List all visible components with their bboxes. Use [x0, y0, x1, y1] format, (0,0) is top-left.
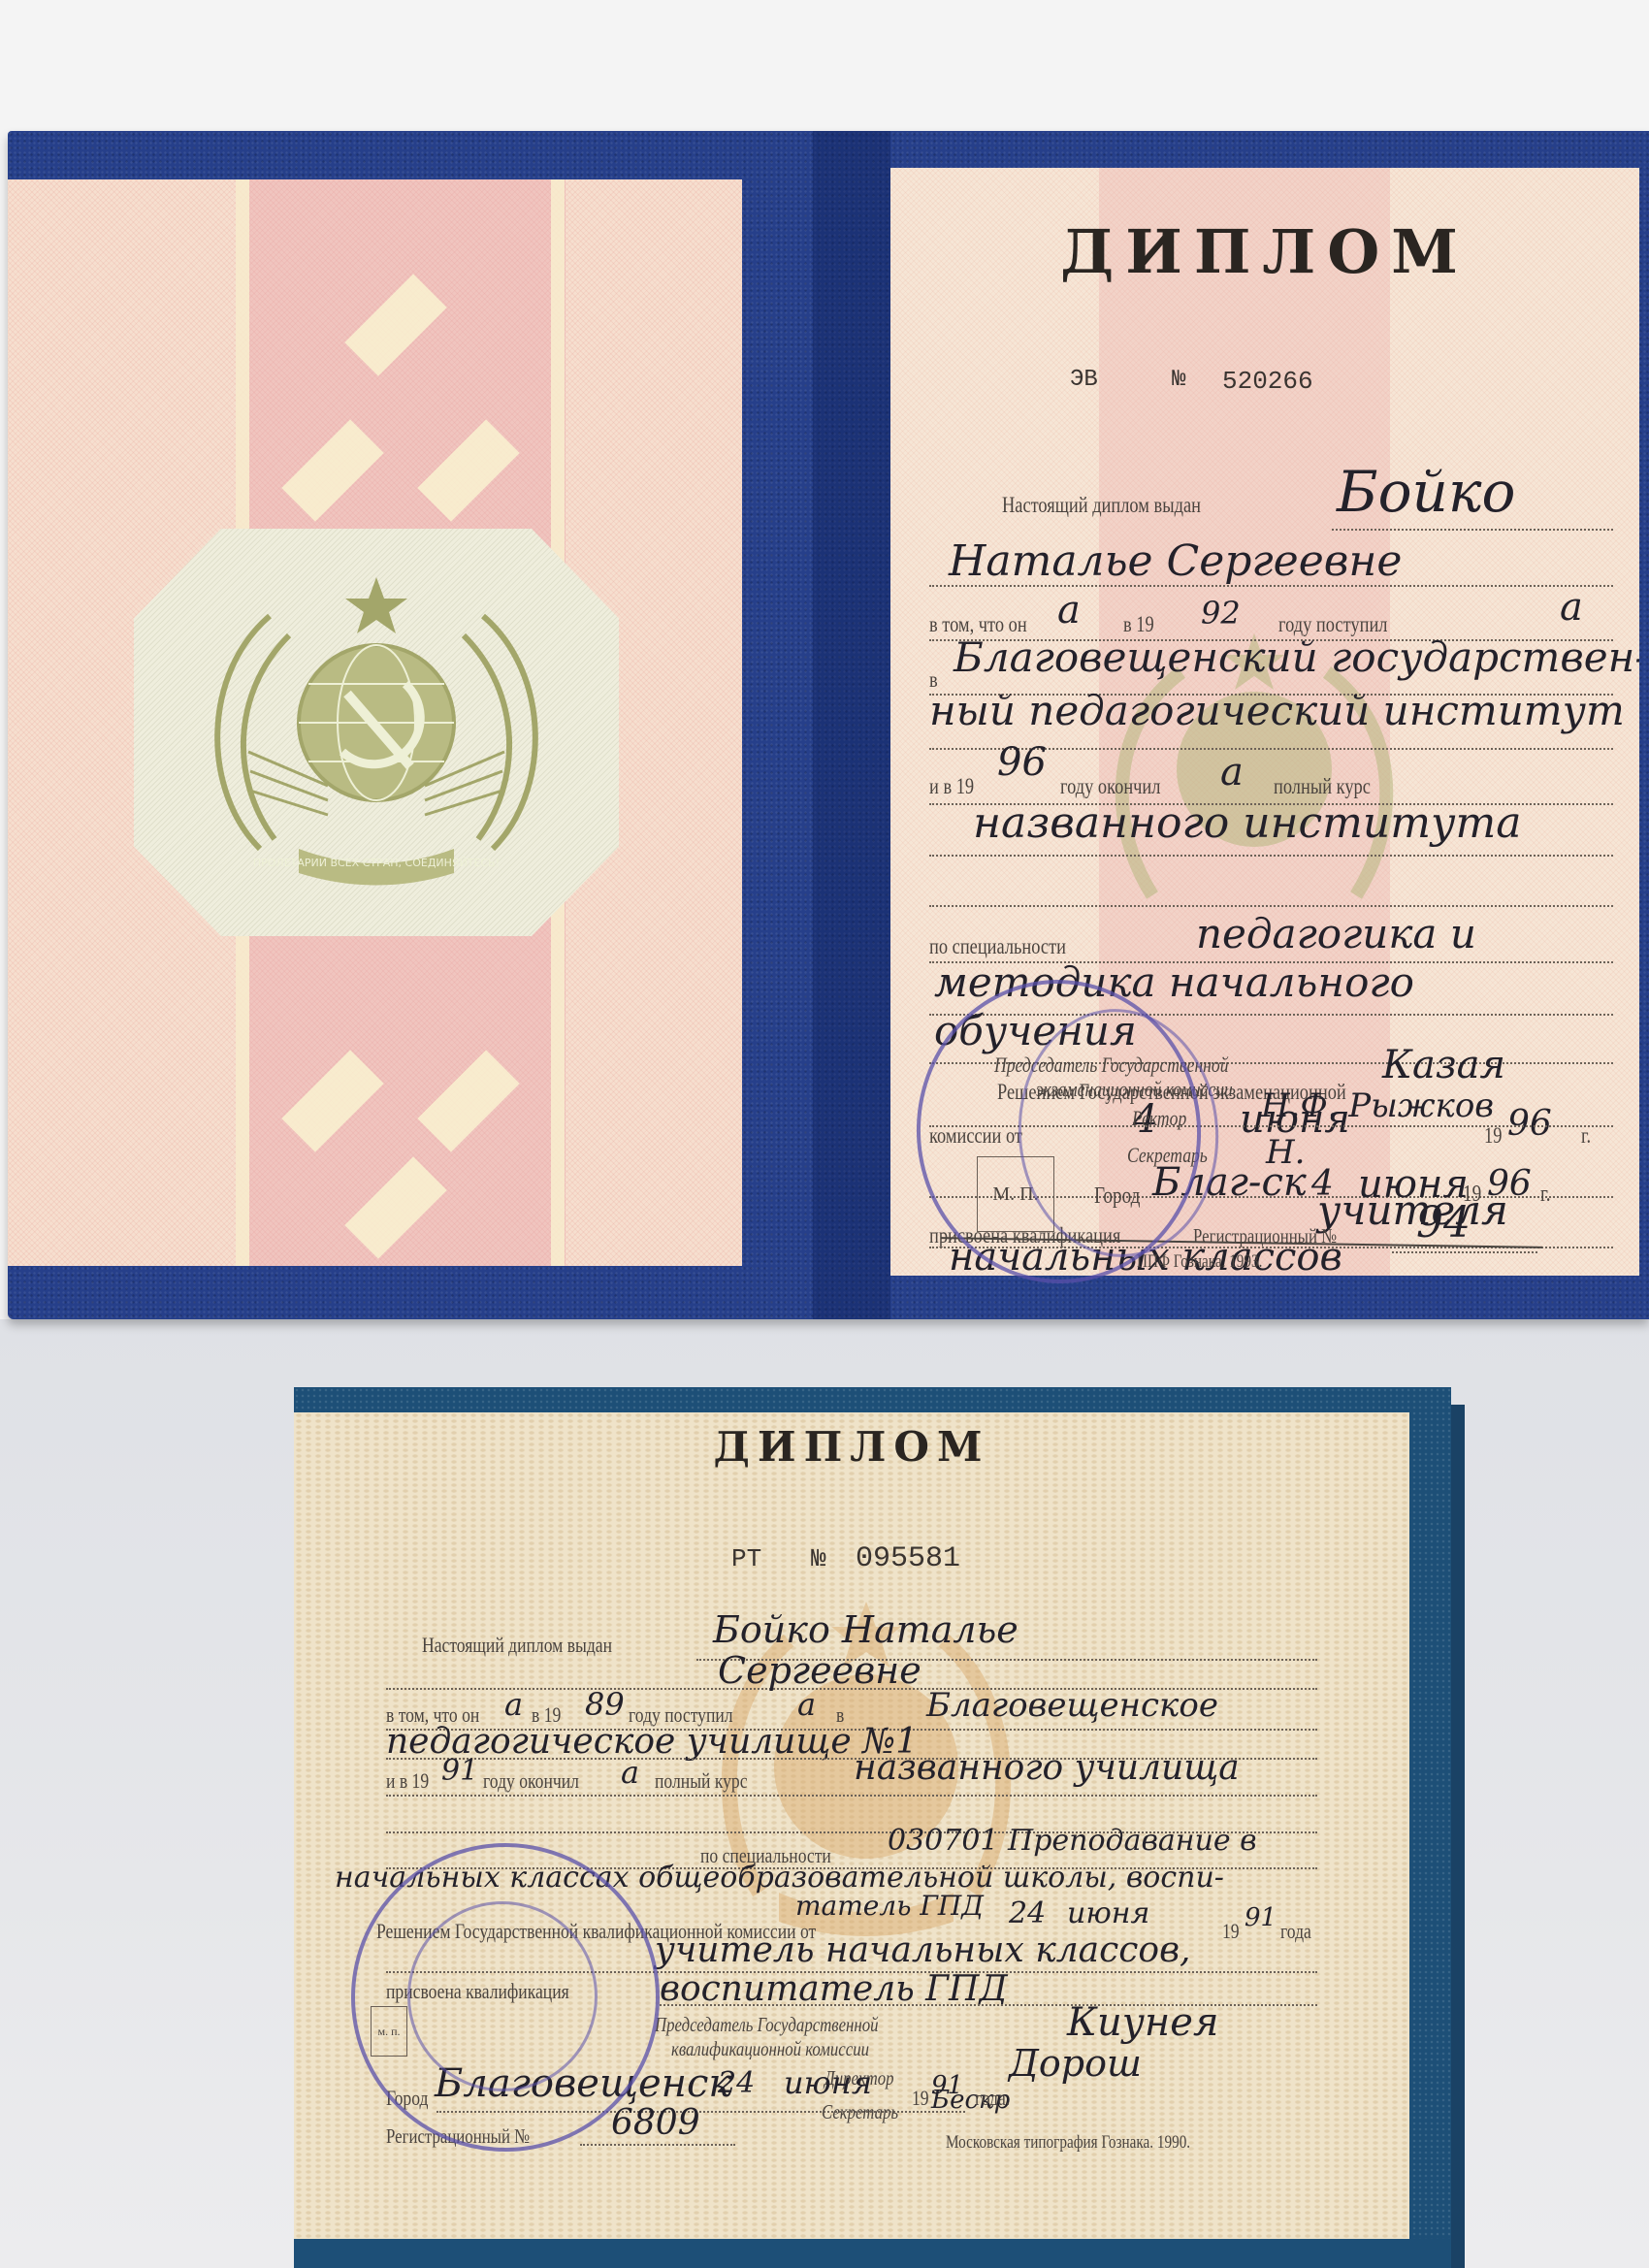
decision-day: 24 — [1009, 1896, 1046, 1930]
booklet-bottom-edge — [294, 2239, 1451, 2268]
qualification-line-2: воспитатель ГПД — [660, 1969, 1008, 2009]
full-course-label: полный курс — [1274, 774, 1371, 799]
printer-imprint: ППФ Гознака. 1993. — [1137, 1251, 1262, 1273]
decision-year-unit: года — [1280, 1919, 1311, 1944]
fill-line — [929, 905, 1613, 907]
college-stamp-inner-ring — [407, 1901, 598, 2091]
full-course-label: полный курс — [655, 1768, 748, 1794]
reg-number: 94 — [1416, 1198, 1471, 1247]
director-signature: Дорош — [1009, 2042, 1142, 2085]
diploma-title: ДИПЛОМ — [294, 1423, 1409, 1471]
booklet-edge — [1451, 1405, 1465, 2268]
specialty-line-1: 030701 Преподавание в — [888, 1824, 1257, 1858]
finished-gender-suffix: а — [621, 1754, 639, 1791]
recipient-given-names: Наталье Сергеевне — [949, 536, 1402, 586]
printer-imprint: Московская типография Гознака. 1990. — [946, 2132, 1190, 2154]
fill-line — [1392, 1251, 1537, 1253]
finished-label: году окончил — [1060, 774, 1160, 799]
chairman-label-2: квалификационной комиссии — [671, 2037, 869, 2061]
gender-suffix-2: а — [797, 1686, 816, 1723]
issue-year: 96 — [1487, 1164, 1532, 1204]
diploma-number: 095581 — [856, 1542, 960, 1575]
reg-label: Регистрационный № — [1193, 1224, 1337, 1248]
fill-line — [580, 2144, 735, 2146]
decision-year-prefix: 19 — [1222, 1919, 1240, 1944]
finished-year: 91 — [441, 1754, 478, 1788]
diploma-title: ДИПЛОМ — [890, 216, 1639, 287]
institution-line-1: Благовещенский государствен- — [954, 633, 1639, 681]
decision-month: июня — [1067, 1896, 1149, 1930]
rector-signature: Н.Ф. Рыжков — [1261, 1086, 1494, 1125]
fill-line — [1332, 529, 1613, 531]
chairman-signature: Киунея — [1067, 2000, 1218, 2045]
enrolled-year: 92 — [1201, 595, 1241, 632]
institution-line-1: Благовещенское — [926, 1686, 1218, 1725]
series-label: РТ — [731, 1544, 761, 1573]
recipient-surname: Бойко — [1337, 459, 1515, 525]
gender-suffix: а — [504, 1686, 523, 1723]
qualification-line-1: учитель начальных классов, — [655, 1930, 1190, 1970]
recipient-name-line-2: Сергеевне — [718, 1649, 921, 1692]
finished-prefix: и в 19 — [386, 1768, 429, 1794]
issue-year-unit: г. — [1540, 1182, 1551, 1208]
reg-number: 6809 — [611, 2103, 700, 2143]
issue-day: 24 — [718, 2066, 755, 2100]
institution-line-2: ный педагогический институт — [929, 687, 1625, 734]
course-value: названного института — [973, 798, 1521, 848]
course-value: названного училища — [854, 1748, 1240, 1788]
specialty-label: по специальности — [929, 934, 1066, 959]
left-inner-page: ПРОЛЕТАРИИ ВСЕХ СТРАН, СОЕДИНЯЙТЕСЬ! — [8, 179, 742, 1266]
fill-line — [386, 1795, 1317, 1797]
ussr-coat-of-arms-icon: ПРОЛЕТАРИИ ВСЕХ СТРАН, СОЕДИНЯЙТЕСЬ! — [182, 558, 570, 907]
svg-text:ПРОЛЕТАРИИ ВСЕХ СТРАН, СОЕДИНЯ: ПРОЛЕТАРИИ ВСЕХ СТРАН, СОЕДИНЯЙТЕСЬ! — [253, 857, 500, 869]
booklet-spine — [813, 131, 890, 1319]
issued-to-label: Настоящий диплом выдан — [422, 1633, 612, 1658]
issued-to-label: Настоящий диплом выдан — [1002, 493, 1201, 518]
issue-year: 91 — [931, 2071, 963, 2100]
fill-line — [929, 855, 1613, 857]
gender-suffix: а — [1057, 588, 1081, 632]
chairman-label-1: Председатель Государственной — [655, 2013, 879, 2037]
finished-label: году окончил — [483, 1768, 579, 1794]
series-label: ЭВ — [1070, 367, 1098, 393]
issue-month: июня — [784, 2064, 872, 2101]
gender-suffix-2: а — [1560, 585, 1583, 630]
diploma-number: 520266 — [1222, 367, 1313, 396]
issue-year-prefix: 19 — [912, 2086, 929, 2111]
issue-day: 4 — [1311, 1164, 1334, 1204]
chairman-signature: Казая — [1382, 1043, 1505, 1087]
recipient-name-line-1: Бойко Наталье — [713, 1608, 1018, 1651]
issue-year-unit: года. — [975, 2086, 1010, 2111]
specialty-line-1: педагогика и — [1196, 910, 1476, 957]
finished-year: 96 — [997, 740, 1047, 785]
specialty-line-3: татель ГПД — [795, 1890, 984, 1922]
decision-year: 91 — [1245, 1903, 1277, 1932]
number-sign: № — [1172, 367, 1185, 393]
enrolled-year: 89 — [585, 1686, 625, 1723]
finished-gender-suffix: а — [1220, 750, 1244, 794]
number-sign: № — [811, 1544, 826, 1573]
finished-prefix: и в 19 — [929, 774, 974, 799]
